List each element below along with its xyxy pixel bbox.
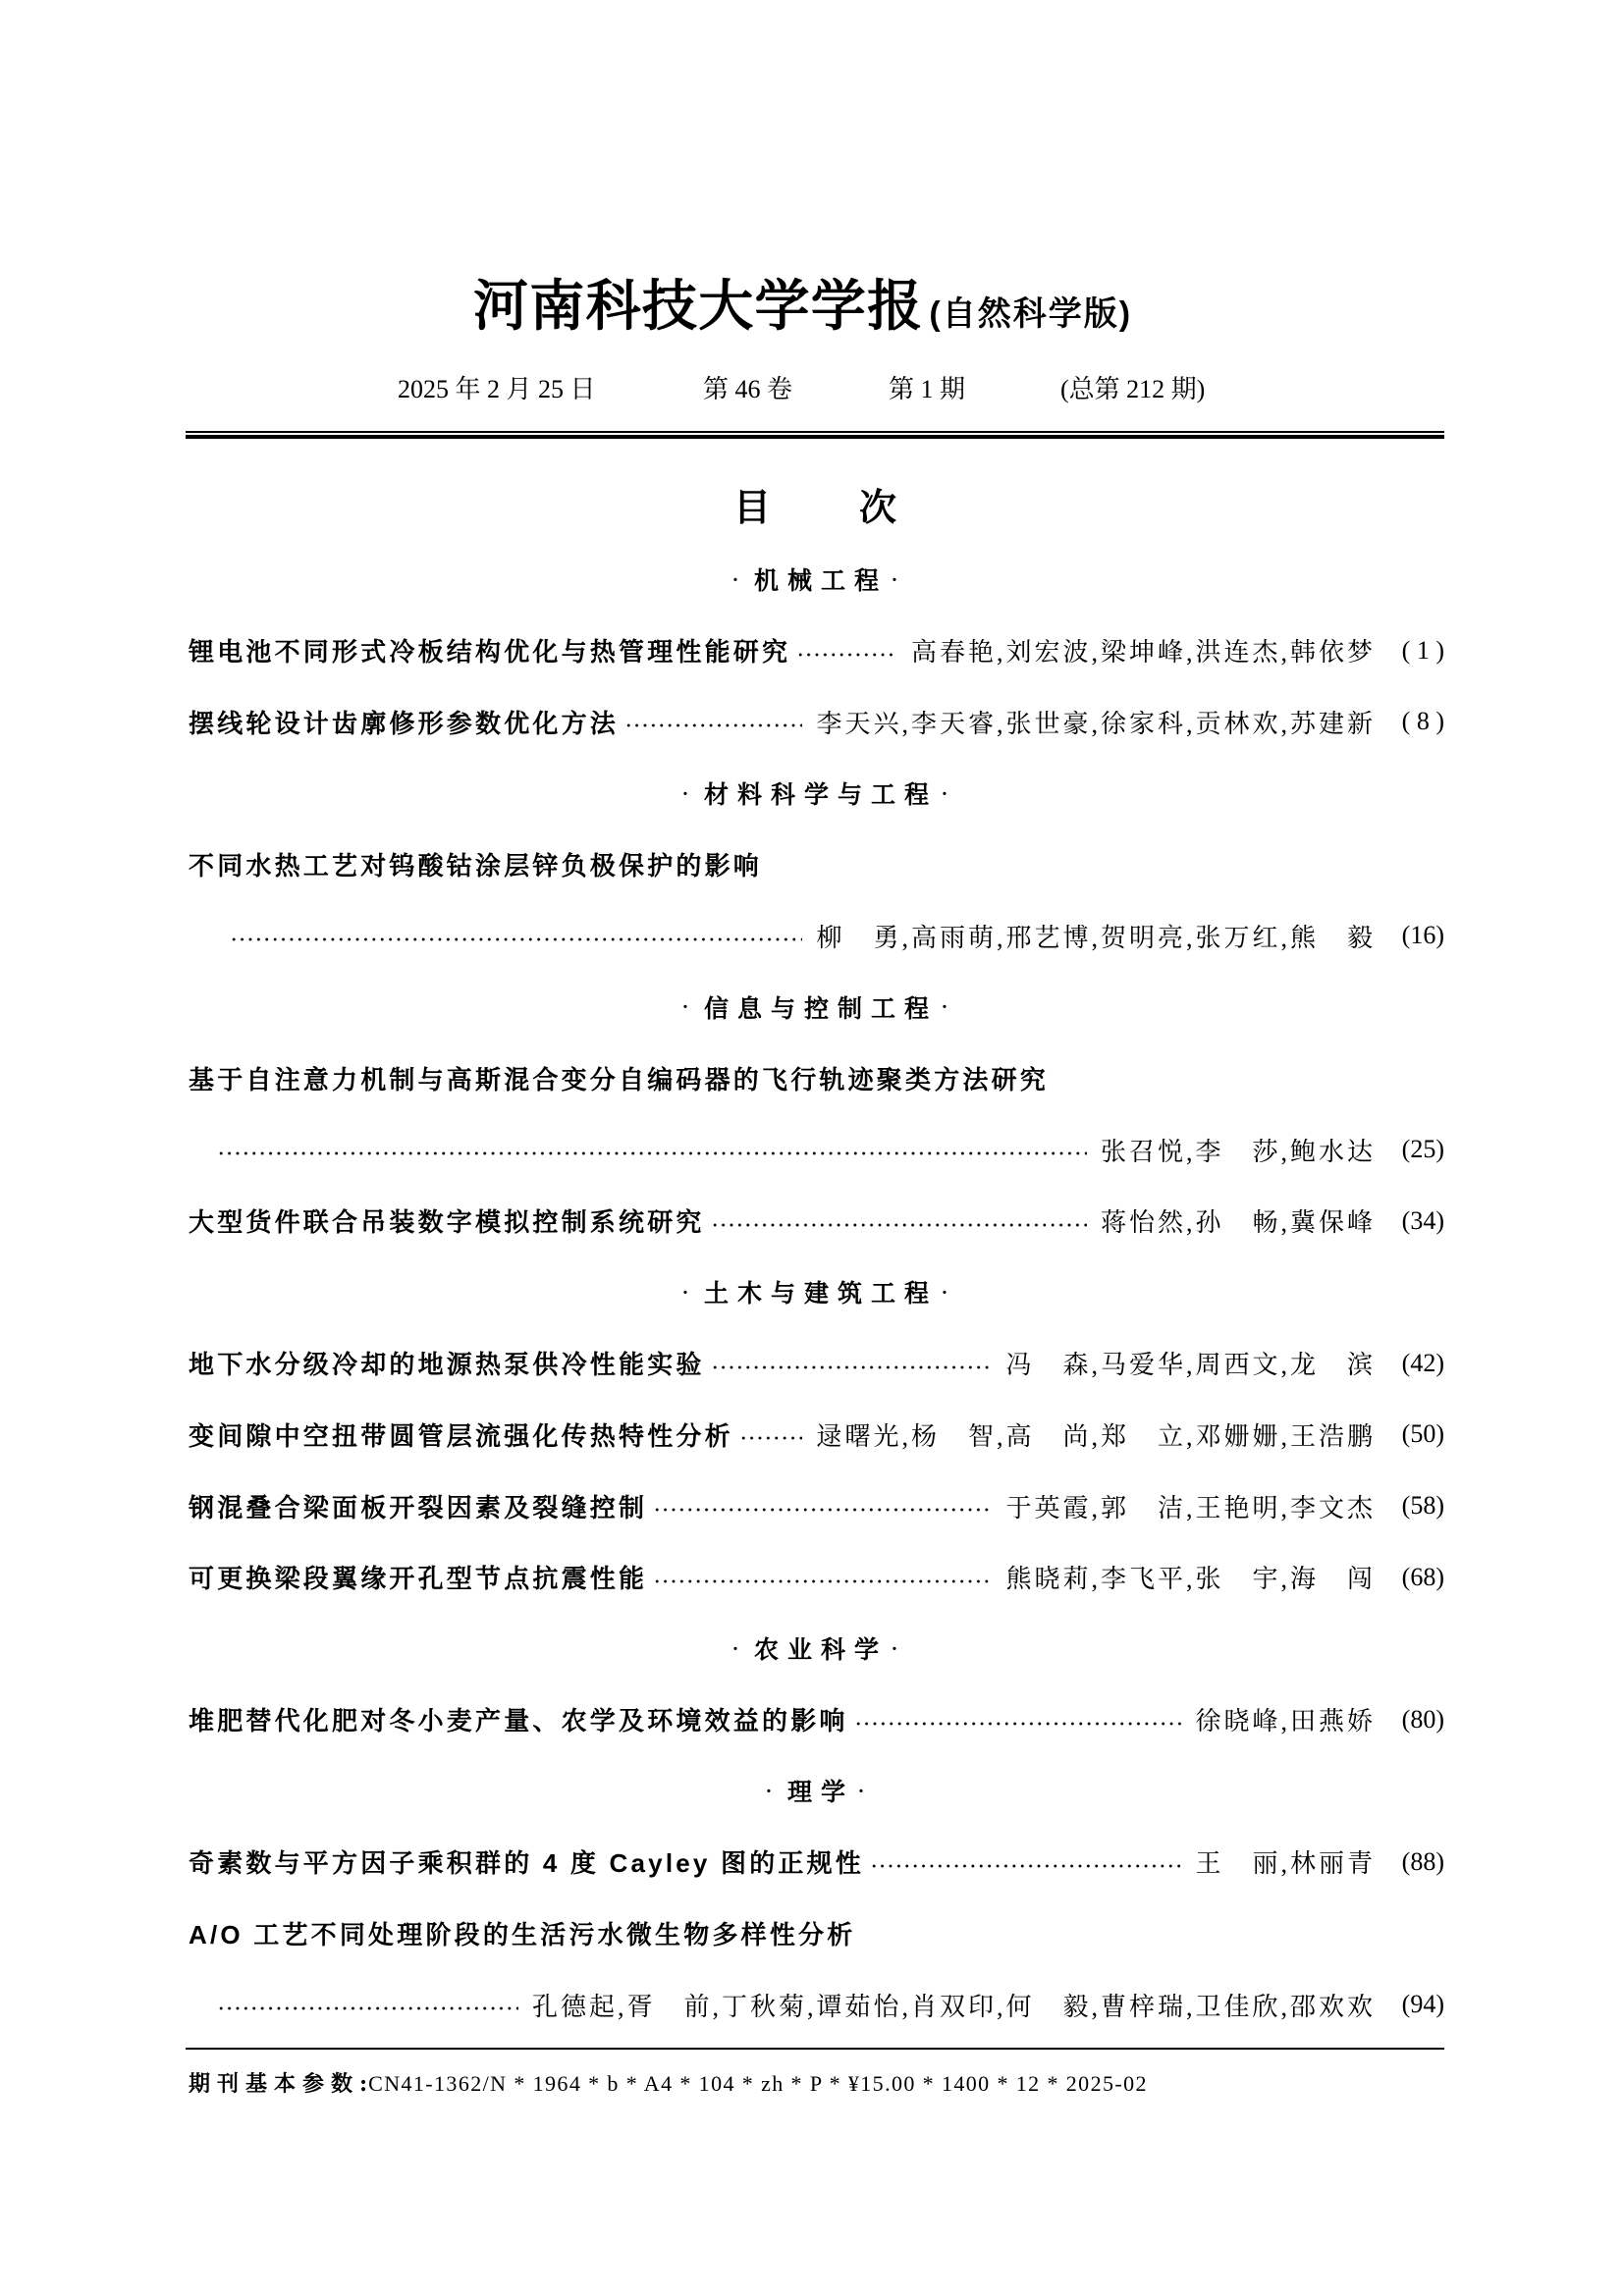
entry-page: ( 1 ) <box>1376 636 1444 666</box>
dot-leader <box>653 1507 992 1513</box>
section-marker: · <box>941 992 948 1021</box>
entry-page: (68) <box>1376 1563 1444 1592</box>
entry-title: 可更换梁段翼缘开孔型节点抗震性能 <box>186 1559 647 1595</box>
section-name: 信息与控制工程 <box>704 989 938 1025</box>
entry-page: (25) <box>1376 1135 1444 1164</box>
entry-authors: 李天兴,李天睿,张世豪,徐家科,贡林欢,苏建新 <box>816 704 1376 740</box>
dot-leader <box>653 1578 992 1584</box>
journal-parameters-label: 期刊基本参数: <box>189 2071 374 2097</box>
toc-entry: 地下水分级冷却的地源热泵供冷性能实验 冯 森,马爱华,周西文,龙 滨 (42) <box>186 1328 1444 1400</box>
entry-authors: 逯曙光,杨 智,高 尚,郑 立,邓姗姗,王浩鹏 <box>816 1416 1376 1453</box>
section-marker: · <box>941 1278 948 1307</box>
section-name: 理学 <box>787 1773 854 1808</box>
section-marker: · <box>765 1777 773 1805</box>
section-marker: · <box>681 779 689 808</box>
entry-authors: 蒋怡然,孙 畅,冀保峰 <box>1101 1202 1376 1239</box>
toc-entry-authors-line: 张召悦,李 莎,鲍水达 (25) <box>186 1114 1444 1186</box>
section-marker: · <box>731 1634 739 1663</box>
dot-leader <box>217 2005 518 2011</box>
section-marker: · <box>731 565 739 594</box>
entry-title: 钢混叠合梁面板开裂因素及裂缝控制 <box>186 1488 647 1524</box>
entry-authors: 于英霞,郭 洁,王艳明,李文杰 <box>1005 1488 1376 1524</box>
entry-title: 地下水分级冷却的地源热泵供冷性能实验 <box>186 1345 705 1381</box>
entry-page: (34) <box>1376 1206 1444 1236</box>
toc-entry: 大型货件联合吊装数字模拟控制系统研究 蒋怡然,孙 畅,冀保峰 (34) <box>186 1185 1444 1256</box>
dot-leader <box>230 936 802 942</box>
journal-parameters: 期刊基本参数:CN41-1362/N * 1964 * b * A4 * 104… <box>189 2069 1148 2102</box>
dot-leader <box>854 1721 1182 1727</box>
section-heading-information-control: ·信息与控制工程· <box>186 972 1444 1043</box>
toc-entry-title-line: A/O 工艺不同处理阶段的生活污水微生物多样性分析 <box>186 1897 1444 1969</box>
entry-page: (16) <box>1376 921 1444 950</box>
journal-title: 河南科技大学学报 <box>473 275 923 337</box>
section-marker: · <box>681 1278 689 1307</box>
entry-authors: 王 丽,林丽青 <box>1195 1843 1376 1880</box>
section-name: 土木与建筑工程 <box>704 1274 938 1309</box>
header-rule-thin <box>186 431 1444 433</box>
footer-rule <box>186 2048 1444 2050</box>
section-marker: · <box>941 779 948 808</box>
issue-number: 第 1 期 <box>889 375 965 404</box>
journal-edition: (自然科学版) <box>929 295 1132 333</box>
issue-date: 2025 年 2 月 25 日 <box>398 375 596 404</box>
entry-authors: 徐晓峰,田燕娇 <box>1195 1701 1376 1737</box>
entry-authors: 张召悦,李 莎,鲍水达 <box>1101 1132 1376 1168</box>
journal-parameters-value: CN41-1362/N * 1964 * b * A4 * 104 * zh *… <box>368 2071 1148 2096</box>
entry-title: 基于自注意力机制与高斯混合变分自编码器的飞行轨迹聚类方法研究 <box>186 1060 1049 1096</box>
toc-entry: 变间隙中空扭带圆管层流强化传热特性分析 逯曙光,杨 智,高 尚,郑 立,邓姗姗,… <box>186 1399 1444 1470</box>
toc-entry: 锂电池不同形式冷板结构优化与热管理性能研究 高春艳,刘宏波,梁坤峰,洪连杰,韩依… <box>186 615 1444 687</box>
issue-volume: 第 46 卷 <box>703 375 792 404</box>
section-marker: · <box>891 1634 898 1663</box>
entry-authors: 熊晓莉,李飞平,张 宇,海 闯 <box>1005 1559 1376 1595</box>
section-heading-mechanical-engineering: ·机械工程· <box>186 544 1444 615</box>
toc-entry: 堆肥替代化肥对冬小麦产量、农学及环境效益的影响 徐晓峰,田燕娇 (80) <box>186 1684 1444 1756</box>
toc-entry-authors-line: 孔德起,胥 前,丁秋菊,谭茹怡,肖双印,何 毅,曹梓瑞,卫佳欣,邵欢欢 (94) <box>186 1969 1444 2041</box>
entry-authors: 孔德起,胥 前,丁秋菊,谭茹怡,肖双印,何 毅,曹梓瑞,卫佳欣,邵欢欢 <box>532 1987 1376 2023</box>
entry-page: (88) <box>1376 1847 1444 1877</box>
toc-entry-authors-line: 柳 勇,高雨萌,邢艺博,贺明亮,张万红,熊 毅 (16) <box>186 900 1444 972</box>
entry-page: (80) <box>1376 1705 1444 1735</box>
header-rule-thick <box>186 435 1444 439</box>
entry-title: 大型货件联合吊装数字模拟控制系统研究 <box>186 1202 705 1239</box>
toc-entry: 摆线轮设计齿廓修形参数优化方法 李天兴,李天睿,张世豪,徐家科,贡林欢,苏建新 … <box>186 686 1444 758</box>
dot-leader <box>217 1150 1087 1156</box>
entry-title: 奇素数与平方因子乘积群的 4 度 Cayley 图的正规性 <box>186 1843 864 1880</box>
entry-authors: 柳 勇,高雨萌,邢艺博,贺明亮,张万红,熊 毅 <box>816 918 1376 954</box>
entry-authors: 高春艳,刘宏波,梁坤峰,洪连杰,韩依梦 <box>911 632 1376 668</box>
dot-leader <box>739 1435 803 1441</box>
entry-page: ( 8 ) <box>1376 707 1444 736</box>
section-marker: · <box>891 565 898 594</box>
toc-entry: 可更换梁段翼缘开孔型节点抗震性能 熊晓莉,李飞平,张 宇,海 闯 (68) <box>186 1541 1444 1613</box>
section-name: 材料科学与工程 <box>704 775 938 811</box>
section-name: 农业科学 <box>754 1630 888 1666</box>
entry-page: (58) <box>1376 1491 1444 1521</box>
toc-entry: 钢混叠合梁面板开裂因素及裂缝控制 于英霞,郭 洁,王艳明,李文杰 (58) <box>186 1470 1444 1542</box>
entry-title: A/O 工艺不同处理阶段的生活污水微生物多样性分析 <box>186 1915 855 1951</box>
dot-leader <box>624 722 802 728</box>
entry-title: 变间隙中空扭带圆管层流强化传热特性分析 <box>186 1416 733 1453</box>
toc-entry: 奇素数与平方因子乘积群的 4 度 Cayley 图的正规性 王 丽,林丽青 (8… <box>186 1827 1444 1898</box>
section-heading-materials-science: ·材料科学与工程· <box>186 758 1444 829</box>
toc-heading: 目次 <box>186 488 1444 529</box>
dot-leader <box>711 1222 1087 1228</box>
entry-title: 锂电池不同形式冷板结构优化与热管理性能研究 <box>186 632 790 668</box>
toc-entry-title-line: 不同水热工艺对钨酸钴涂层锌负极保护的影响 <box>186 828 1444 900</box>
entry-title: 摆线轮设计齿廓修形参数优化方法 <box>186 704 619 740</box>
entry-page: (94) <box>1376 1990 1444 2019</box>
entry-page: (50) <box>1376 1419 1444 1449</box>
section-heading-civil-architecture: ·土木与建筑工程· <box>186 1256 1444 1328</box>
section-heading-science: ·理学· <box>186 1755 1444 1827</box>
toc-entry-title-line: 基于自注意力机制与高斯混合变分自编码器的飞行轨迹聚类方法研究 <box>186 1042 1444 1114</box>
section-heading-agricultural-science: ·农业科学· <box>186 1613 1444 1684</box>
section-marker: · <box>681 992 689 1021</box>
toc-page: 河南科技大学学报(自然科学版) 2025 年 2 月 25 日 第 46 卷 第… <box>0 0 1624 2296</box>
dot-leader <box>796 652 897 658</box>
issue-total-number: (总第 212 期) <box>1060 375 1205 404</box>
entry-authors: 冯 森,马爱华,周西文,龙 滨 <box>1005 1345 1376 1381</box>
section-marker: · <box>857 1777 865 1805</box>
entry-title: 不同水热工艺对钨酸钴涂层锌负极保护的影响 <box>186 846 762 882</box>
section-name: 机械工程 <box>754 561 888 597</box>
journal-title-line: 河南科技大学学报(自然科学版) <box>473 276 1132 337</box>
dot-leader <box>870 1863 1181 1869</box>
toc-list: ·机械工程· 锂电池不同形式冷板结构优化与热管理性能研究 高春艳,刘宏波,梁坤峰… <box>186 544 1444 2040</box>
dot-leader <box>711 1364 993 1370</box>
entry-title: 堆肥替代化肥对冬小麦产量、农学及环境效益的影响 <box>186 1701 848 1737</box>
entry-page: (42) <box>1376 1349 1444 1378</box>
